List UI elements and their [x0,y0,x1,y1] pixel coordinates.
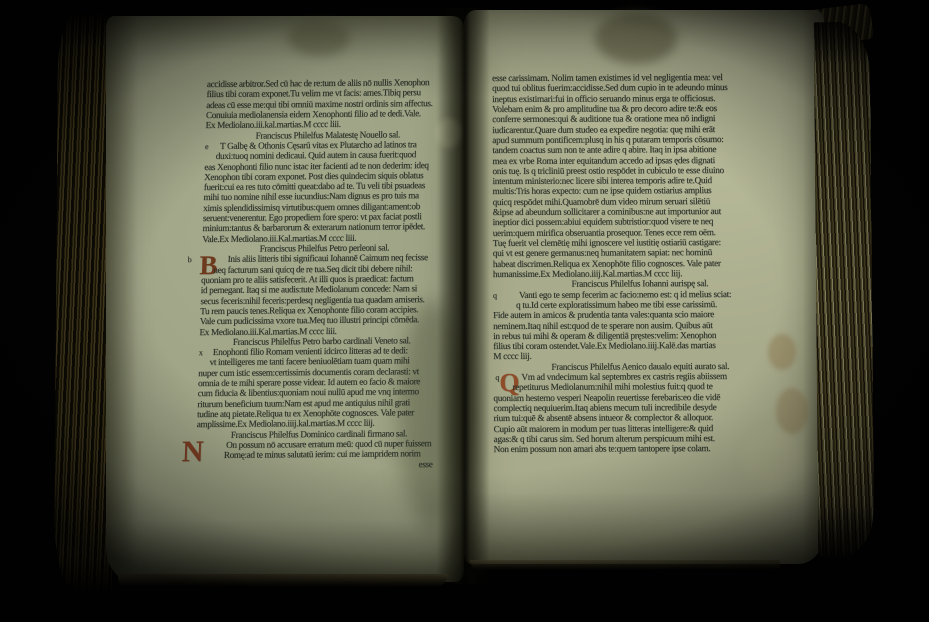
line-text: Vanti ego te semp fecerim ac facio:nemo … [519,289,731,300]
line-text: esse [418,459,432,469]
line-text: M cccc liij. [493,351,531,361]
line-text: Volebam enim & pro amplitudine tua & pro… [492,103,717,114]
line-text: apud summum pontificem:plusq in his q pu… [492,134,723,145]
line-text: neminem.Itaq nihil est:quod de te sperar… [493,320,712,331]
line-text: &ipse ad abeundum sollicitarer a cominib… [493,206,721,217]
line-text: tandem coactus sum non te ante adire q a… [492,144,716,155]
left-page-text-column: accidisse arbitror.Sed cū hac de re:tum … [195,77,460,471]
line-text: uerim:quem mirifica obseruantia prosequo… [493,227,716,238]
line-text: Vm ad vndecimum kal septembres ex castri… [521,371,727,382]
bottom-leaf-edges-right [470,560,780,570]
line-text: mea ex vrbe Roma inter equitandum accedo… [492,155,714,166]
right-fore-edge-page-stack [814,22,875,556]
book-gutter-shadow [438,8,490,584]
line-text: rium tui:quē & absentē absens intueor & … [493,412,712,423]
line-text: qui vt est genere germanus:neq humanitat… [493,247,712,258]
line-text: Franciscus Philelfus Aenico daualo equit… [551,361,729,372]
line-text: esse carissimam. Nolim tamen existimes i… [492,72,723,83]
line-text: in rebus tui mihi & operam & diligentiā … [493,330,716,341]
bottom-leaf-edges-left [118,574,448,587]
line-text: quoniam hesterno vesperi Neapolin reuert… [493,392,720,403]
photograph-of-open-incunable-book: accidisse arbitror.Sed cū hac de re:tum … [0,0,929,622]
line-text: quod tui oblitus fuerim:accidisse.Sed du… [492,82,727,93]
line-text: multis:Tris horas expecto: cum ne ipse q… [492,185,711,196]
line-text: conferre sermones:qui & auditione tua & … [492,113,715,124]
line-text: habeat discrimen.Reliqua ex Xenophōte fi… [493,258,721,269]
line-text: repetiturus Mediolanum:nihil mihi molest… [512,381,712,392]
line-text: ineptus existimari:fui in officio seruan… [492,93,715,104]
line-text: quicq respōdet mihi.Quamobrē dum video m… [493,196,710,207]
line-text: Cupio aūt maiorem in modum per tuas litt… [494,423,713,434]
right-page-text-column: esse carissimam. Nolim tamen existimes i… [492,72,796,455]
text-line: Non enim possum non amari abs te:quem ta… [494,443,796,455]
guide-letter: b [187,255,191,266]
line-text: intentum ministerio:nec licere sibi inte… [492,175,711,186]
line-text: Franciscus Philelfus Petro perleoni sal. [260,242,390,253]
line-text: ineptior dici possem:abiui equidem subtr… [493,216,713,227]
line-text: complectiq nequiuerim.Itaq abiens mecum … [493,402,716,413]
line-text: Fide autem in amicos & prudentia tanta v… [493,309,714,320]
catchword: esse [195,458,448,471]
line-text: q tu.Id certe exploratissimum habeo me t… [516,299,717,310]
line-text: iudicarentur.Quare dum studeo ea expedir… [492,124,715,135]
line-text: filius tibi coram ostendet.Vale.Ex Medio… [493,340,715,351]
line-text: agas:& q tibi carus sim. Sed horum alter… [494,433,715,444]
line-text: Tuę fuerit vel clemētię mihi ignoscere v… [493,237,721,248]
line-text: Franciscus Philelfus Iohanni aurispę sal… [572,278,709,289]
line-text: Non enim possum non amari abs te:quem ta… [494,443,711,454]
line-text: onis tuę. Is q tricliniū preest ostio re… [492,165,723,176]
line-text: humanissime.Ex Mediolano.iiij.Kal.martia… [493,268,682,279]
